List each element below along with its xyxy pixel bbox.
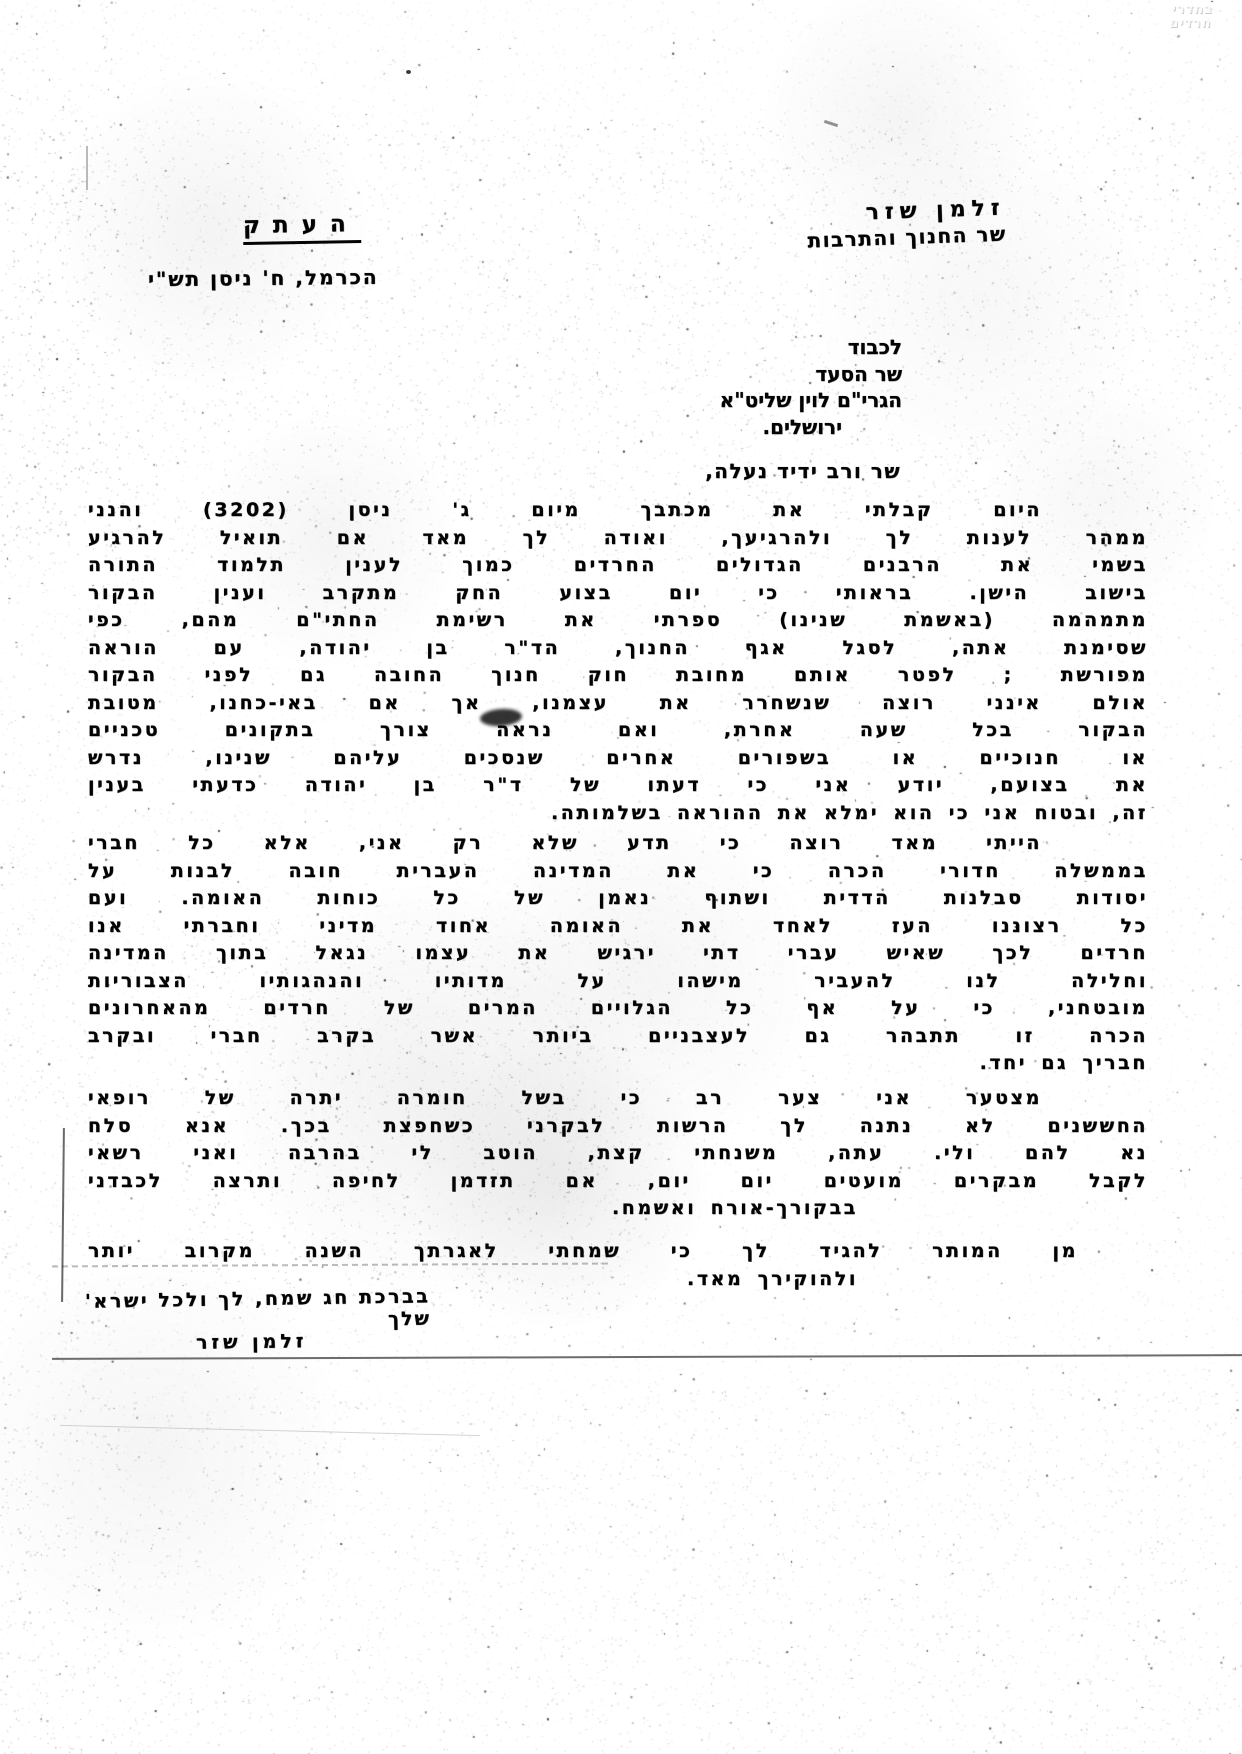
text-line: החששנים לא נתנה לך הרשות לבקרני כשחפצת ב…: [88, 1113, 1148, 1141]
recipient-line: הגרי"ם לוין שליט"א: [720, 387, 902, 414]
text-line: את בצועם, יודע אני כי דעתו של ד"ר בן יהו…: [88, 772, 1148, 800]
recipient-line: ירושלים.: [720, 414, 842, 441]
closing-blessing: בברכת חג שמח, לך ולכל ישרא': [85, 1285, 431, 1312]
text-line: הכרה זו תתבהר גם לעצבניים ביותר אשר בקרב…: [88, 1023, 1148, 1051]
ink-dot: [406, 70, 411, 74]
copy-stamp: העתק: [243, 211, 361, 245]
text-line: הבקור בכל שעה אחרת, ואם נראה צורך בתקוני…: [88, 717, 1148, 745]
ink-dot: [824, 120, 838, 127]
watermark-line: חרדים: [1168, 17, 1212, 31]
text-line: מפורשת ; לפטר אותם מחובת חוק חנוך החובה …: [88, 662, 1148, 690]
text-line: חבריך גם יחד.: [88, 1050, 1148, 1078]
text-line: בשמי את הרבנים הגדולים החרדים כמוך לענין…: [88, 552, 1148, 580]
letter-content: בחדרי חרדים זלמן שזר שר החנוך והתרבות הע…: [0, 0, 1242, 1754]
text-line: היום קבלתי את מכתבך מיום ג' ניסן (3202) …: [88, 497, 1148, 525]
letterhead: זלמן שזר שר החנוך והתרבות: [806, 197, 1007, 254]
signature-name: זלמן שזר: [196, 1330, 308, 1354]
body-paragraph-2: הייתי מאד רוצה כי תדע שלא רק אני, אלא כל…: [88, 830, 1148, 1078]
text-line: מתמהמה (באשמת שנינו) ספרתי את רשימת החתי…: [88, 607, 1148, 635]
scan-line-horizontal: [52, 1354, 1242, 1360]
text-line: שסימנת אתה, לסגל אגף החנוך, הד"ר בן יהוד…: [88, 635, 1148, 663]
watermark-line: בחדרי: [1170, 3, 1214, 17]
text-line: או חנוכיים או בשפורים אחרים שנסכים עליהם…: [88, 745, 1148, 773]
text-line: מן המותר להגיד לך כי שמחתי לאגרתך השנה מ…: [88, 1238, 1148, 1266]
text-line: בישוב הישן. בראותי כי יום בצוע החק מתקרב…: [88, 580, 1148, 608]
text-line: נא להם ולי. עתה, משנחתי קצת, הוטב לי בהר…: [88, 1140, 1148, 1168]
scan-line-diagonal: [60, 1425, 480, 1436]
recipient-line: לכבוד: [720, 334, 902, 361]
text-line: יסודות סבלנות הדדית ושתוף נאמן של כל כוח…: [88, 885, 1148, 913]
recipient-line: שר הסעד: [720, 361, 902, 388]
body-paragraph-1: היום קבלתי את מכתבך מיום ג' ניסן (3202) …: [88, 497, 1148, 827]
closing-yours: שלך: [388, 1308, 431, 1331]
text-line: וחלילה לנו להעביר מישהו על מדותיו והנהגו…: [88, 968, 1148, 996]
text-line: מצטער אני צער רב כי בשל חומרה יתרה של רו…: [88, 1085, 1148, 1113]
text-line: כל רצוננו העז לאחד את האומה אחוד מדיני ו…: [88, 913, 1148, 941]
text-line: מובטחני, כי על אף כל הגלויים המרים של חר…: [88, 995, 1148, 1023]
body-paragraph-3: מצטער אני צער רב כי בשל חומרה יתרה של רו…: [88, 1085, 1148, 1223]
scanned-letter-page: בחדרי חרדים זלמן שזר שר החנוך והתרבות הע…: [0, 0, 1242, 1754]
text-line: ממהר לענות לך ולהרגיעך, ואודה לך מאד אם …: [88, 525, 1148, 553]
recipient-block: לכבודשר הסעדהגרי"ם לוין שליט"אירושלים.: [720, 334, 902, 440]
scan-edge-mark: [86, 146, 88, 190]
sender-title: שר החנוך והתרבות: [807, 221, 1007, 254]
scan-line-vertical: [61, 1128, 65, 1302]
text-line: בממשלה חדורי הכרה כי את המדינה העברית חו…: [88, 858, 1148, 886]
text-line: אולם אינני רוצה שנשחרר את עצמנו, אך אם ב…: [88, 690, 1148, 718]
text-line: זה, ובטוח אני כי הוא ימלא את ההוראה בשלמ…: [88, 800, 1148, 828]
text-line: חרדים לכך שאיש עברי דתי ירגיש את עצמו נג…: [88, 940, 1148, 968]
dateline: הכרמל, ח' ניסן תש"י: [148, 265, 379, 291]
salutation: שר ורב ידיד נעלה,: [705, 459, 901, 483]
text-line: בבקורך-אורח ואשמח.: [88, 1195, 1148, 1223]
text-line: לקבל מבקרים מועטים יום יום, אם תזדמן לחי…: [88, 1168, 1148, 1196]
text-line: הייתי מאד רוצה כי תדע שלא רק אני, אלא כל…: [88, 830, 1148, 858]
site-watermark: בחדרי חרדים: [1168, 3, 1213, 31]
